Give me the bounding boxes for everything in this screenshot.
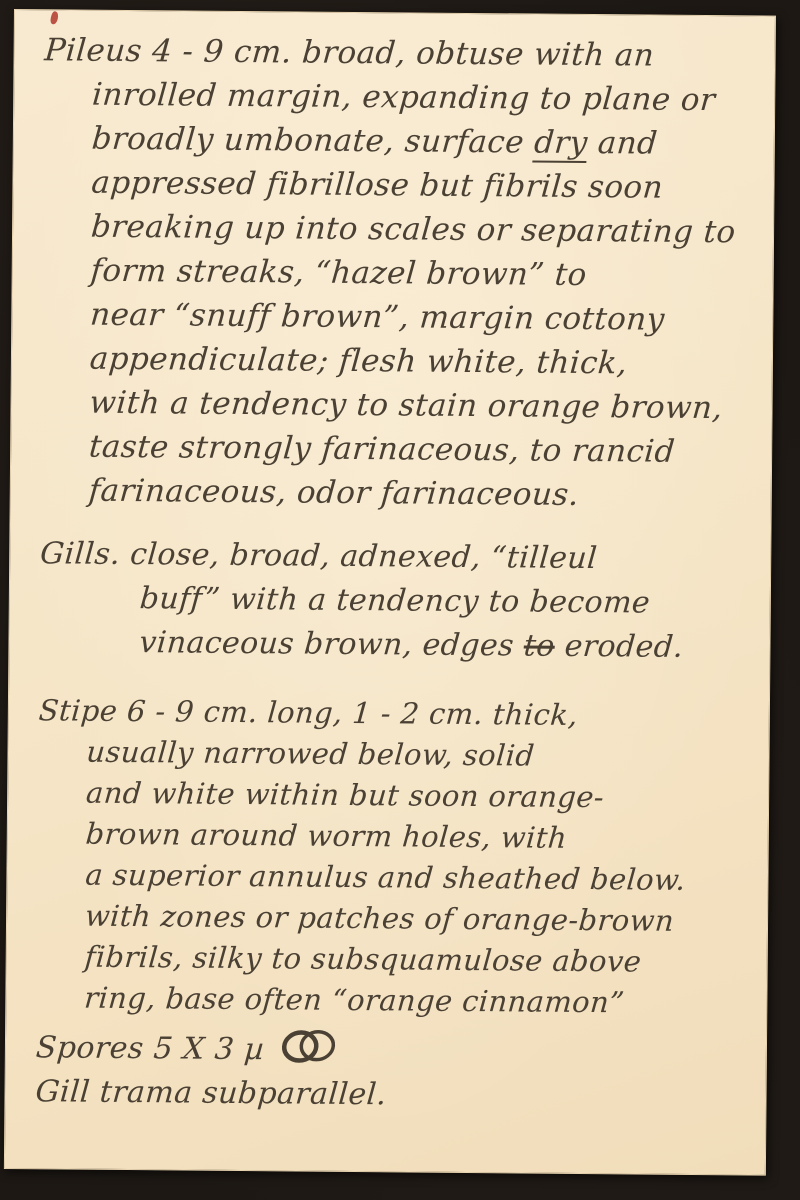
spores-line-1: Spores 5 X 3 µ bbox=[34, 1026, 743, 1076]
underlined-word-dry: dry bbox=[533, 125, 589, 163]
stipe-line-4: brown around worm holes, with bbox=[84, 814, 745, 861]
spores-measurement: Spores 5 X 3 µ bbox=[34, 1026, 266, 1072]
pileus-line-10: taste strongly farinaceous, to rancid bbox=[87, 425, 748, 475]
pileus-line-4: appressed fibrillose but fibrils soon bbox=[90, 161, 751, 211]
handwritten-note: Pileus 4 - 9 cm. broad, obtuse with an i… bbox=[5, 10, 775, 1175]
pileus-line-1: Pileus 4 - 9 cm. broad, obtuse with an bbox=[43, 28, 752, 78]
stipe-line-7: fibrils, silky to subsquamulose above bbox=[83, 937, 744, 984]
gills-line-1: Gills. close, broad, adnexed, “tilleul bbox=[39, 532, 748, 582]
dark-felt-background: Pileus 4 - 9 cm. broad, obtuse with an i… bbox=[0, 0, 800, 1200]
stipe-line-2: usually narrowed below, solid bbox=[85, 732, 746, 779]
section-stipe: Stipe 6 - 9 cm. long, 1 - 2 cm. thick, u… bbox=[36, 690, 745, 1024]
section-gills: Gills. close, broad, adnexed, “tilleul b… bbox=[39, 532, 746, 670]
pileus-line-3-post: and bbox=[586, 125, 659, 162]
struck-word: to bbox=[522, 628, 556, 663]
gills-line-3-pre: vinaceous brown, edges bbox=[138, 625, 525, 663]
pileus-line-9: with a tendency to stain orange brown, bbox=[88, 381, 749, 431]
gills-line-3: vinaceous brown, edges to eroded. bbox=[138, 621, 747, 670]
pileus-line-5: breaking up into scales or separating to bbox=[89, 205, 750, 255]
section-spores: Spores 5 X 3 µ Gill trama subparallel. bbox=[35, 1026, 742, 1120]
pileus-line-2: inrolled margin, expanding to plane or bbox=[91, 73, 752, 123]
section-pileus: Pileus 4 - 9 cm. broad, obtuse with an i… bbox=[41, 28, 751, 518]
stipe-line-8: ring, base often “orange cinnamon” bbox=[83, 978, 744, 1025]
pileus-line-6: form streaks, “hazel brown” to bbox=[89, 249, 750, 299]
stipe-line-1: Stipe 6 - 9 cm. long, 1 - 2 cm. thick, bbox=[37, 690, 746, 737]
spores-line-2: Gill trama subparallel. bbox=[34, 1070, 743, 1120]
stipe-line-5: a superior annulus and sheathed below. bbox=[84, 855, 745, 902]
pileus-line-8: appendiculate; flesh white, thick, bbox=[88, 337, 749, 387]
stipe-line-3: and white within but soon orange- bbox=[85, 773, 746, 820]
pileus-line-3-pre: broadly umbonate, surface bbox=[90, 121, 535, 161]
spore-sketch-icon bbox=[277, 1025, 344, 1068]
pileus-line-7: near “snuff brown”, margin cottony bbox=[89, 293, 750, 343]
note-card: Pileus 4 - 9 cm. broad, obtuse with an i… bbox=[4, 9, 776, 1176]
stipe-line-6: with zones or patches of orange-brown bbox=[83, 896, 744, 943]
gills-line-3-post: eroded. bbox=[553, 629, 684, 665]
gills-line-2: buff” with a tendency to become bbox=[138, 577, 747, 626]
pileus-line-3: broadly umbonate, surface dry and bbox=[90, 117, 751, 167]
pileus-line-11: farinaceous, odor farinaceous. bbox=[87, 469, 748, 519]
